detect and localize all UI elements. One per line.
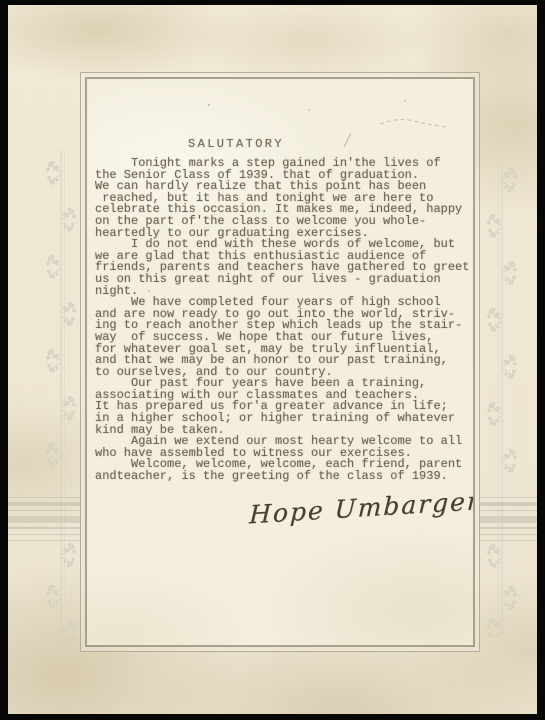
letter-paper: SALUTATORY Tonight marks a step gained i… [85, 77, 475, 647]
letter-sheet: SALUTATORY Tonight marks a step gained i… [80, 72, 480, 652]
ornament-band-right [480, 497, 537, 541]
floral-border-left-icon [44, 150, 78, 642]
yearbook-page: SALUTATORY Tonight marks a step gained i… [8, 5, 537, 714]
floral-border-right-icon [485, 165, 519, 637]
scanned-photo-frame: SALUTATORY Tonight marks a step gained i… [0, 0, 545, 720]
pencil-marks-icon [87, 79, 475, 647]
ornament-band-left [8, 497, 80, 541]
